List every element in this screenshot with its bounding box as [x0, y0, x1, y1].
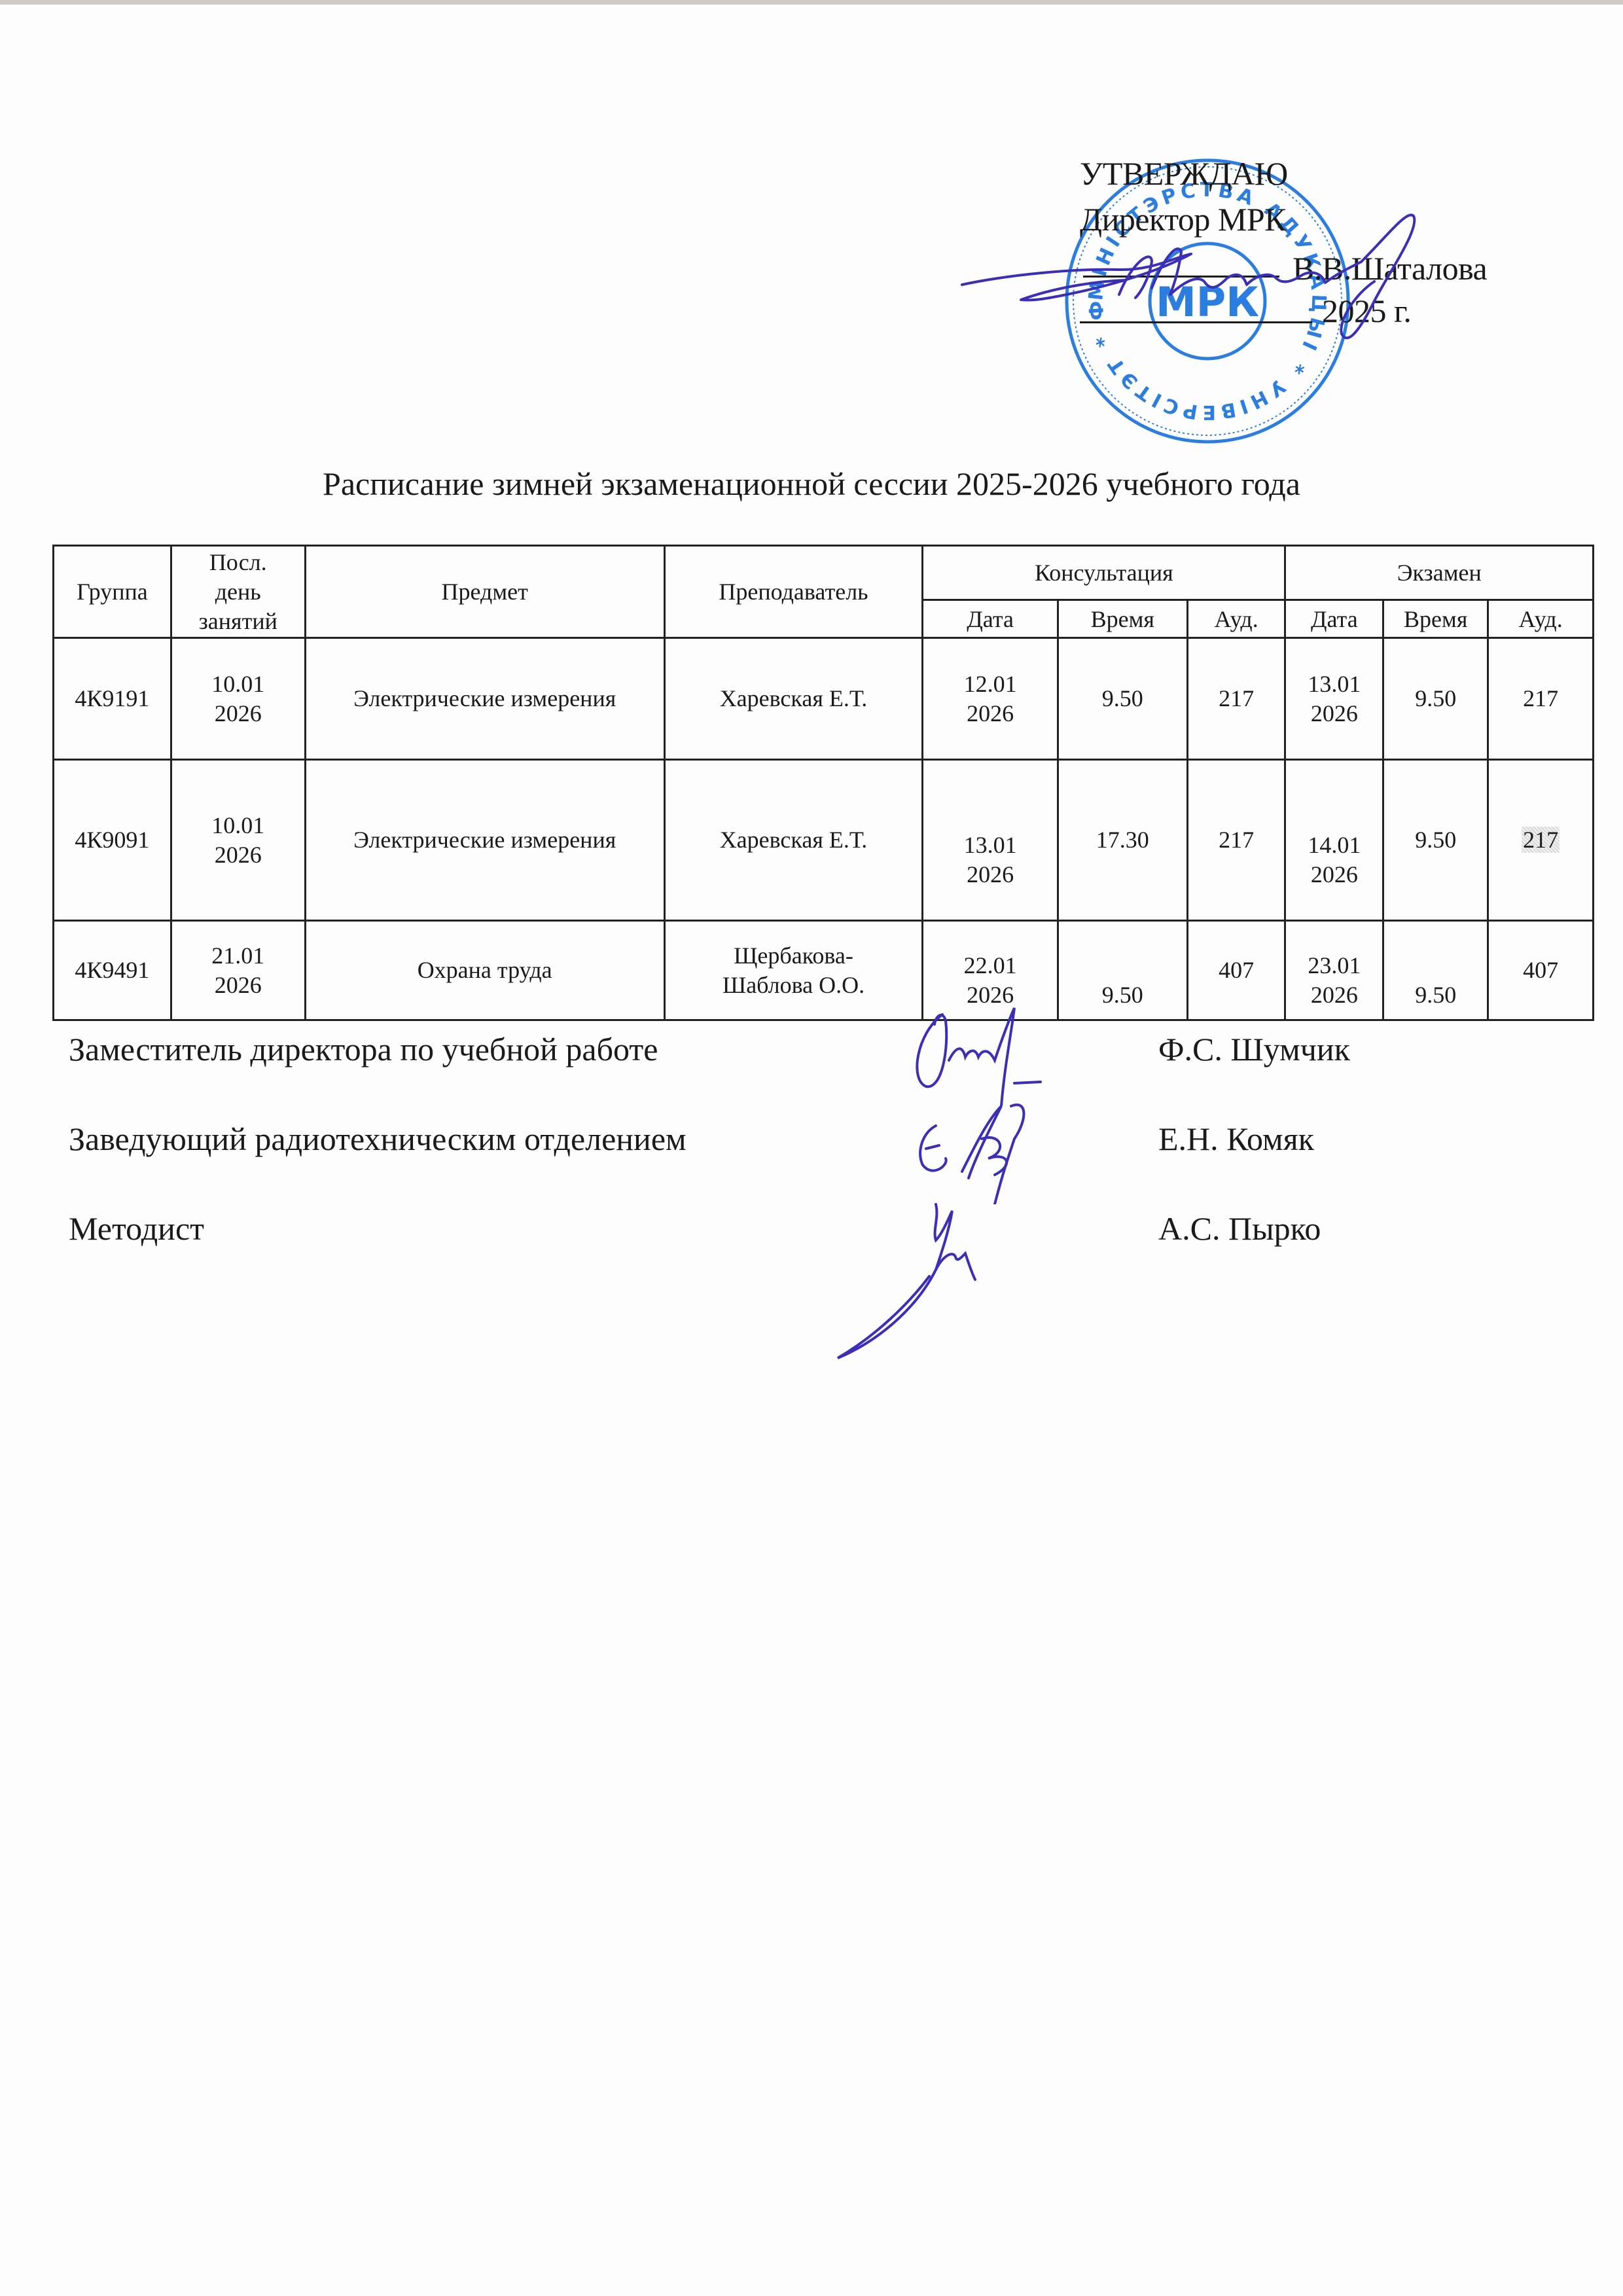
header-exam-time: Время: [1383, 600, 1488, 638]
cell-exam-time: 9.50: [1383, 760, 1488, 921]
signatory-position: Заведующий радиотехническим отделением: [69, 1122, 687, 1155]
signatory-position: Методист: [69, 1212, 204, 1245]
cell-teacher: Харевская Е.Т.: [664, 638, 923, 760]
cell-teacher: Щербакова-Шаблова О.О.: [664, 921, 923, 1020]
cell-exam-date: 23.012026: [1285, 921, 1383, 1020]
header-consultation: Консультация: [923, 546, 1285, 600]
exam-schedule-table: Группа Посл. день занятий Предмет Препод…: [52, 545, 1594, 1021]
header-group: Группа: [54, 546, 171, 638]
cell-subject: Электрические измерения: [305, 760, 664, 921]
scan-edge: [0, 0, 1623, 5]
table-row: 4К9191 10.012026 Электрические измерения…: [54, 638, 1594, 760]
signatory-name: Е.Н. Комяк: [1158, 1122, 1314, 1155]
cell-consultation-date: 13.012026: [923, 760, 1058, 921]
cell-subject: Охрана труда: [305, 921, 664, 1020]
header-last-day: Посл. день занятий: [171, 546, 305, 638]
document-title: Расписание зимней экзаменационной сессии…: [0, 465, 1623, 503]
header-last-day-line: занятий: [176, 607, 300, 636]
header-last-day-line: Посл.: [176, 548, 300, 577]
header-last-day-line: день: [176, 577, 300, 607]
signatory-position: Заместитель директора по учебной работе: [69, 1033, 658, 1066]
header-consultation-date: Дата: [923, 600, 1058, 638]
highlighted-room: 217: [1522, 827, 1560, 853]
header-consultation-time: Время: [1058, 600, 1187, 638]
deputy-signature-icon: [897, 995, 1132, 1106]
cell-consultation-room: 407: [1187, 921, 1285, 1020]
cell-exam-room: 217: [1488, 638, 1594, 760]
table-row: 4К9091 10.012026 Электрические измерения…: [54, 760, 1594, 921]
header-teacher: Преподаватель: [664, 546, 923, 638]
header-exam-room: Ауд.: [1488, 600, 1594, 638]
table-row: 4К9491 21.012026 Охрана труда Щербакова-…: [54, 921, 1594, 1020]
head-of-department-signature-icon: [897, 1093, 1132, 1204]
director-signature-icon: [955, 196, 1427, 367]
cell-consultation-room: 217: [1187, 760, 1285, 921]
cell-subject: Электрические измерения: [305, 638, 664, 760]
header-exam: Экзамен: [1285, 546, 1594, 600]
signatory-name: Ф.С. Шумчик: [1158, 1033, 1350, 1066]
methodist-signature-icon: [785, 1191, 1034, 1361]
cell-last-day: 21.012026: [171, 921, 305, 1020]
cell-consultation-time: 17.30: [1058, 760, 1187, 921]
cell-exam-time: 9.50: [1383, 638, 1488, 760]
cell-consultation-date: 12.012026: [923, 638, 1058, 760]
cell-exam-date: 14.012026: [1285, 760, 1383, 921]
cell-exam-date: 13.012026: [1285, 638, 1383, 760]
header-exam-date: Дата: [1285, 600, 1383, 638]
cell-last-day: 10.012026: [171, 638, 305, 760]
cell-exam-room: 407: [1488, 921, 1594, 1020]
approval-title: УТВЕРЖДАЮ: [1080, 157, 1288, 190]
cell-exam-room: 217: [1488, 760, 1594, 921]
cell-group: 4К9091: [54, 760, 171, 921]
signatory-name: А.С. Пырко: [1158, 1212, 1321, 1245]
cell-last-day: 10.012026: [171, 760, 305, 921]
cell-consultation-time: 9.50: [1058, 638, 1187, 760]
cell-group: 4К9191: [54, 638, 171, 760]
header-consultation-room: Ауд.: [1187, 600, 1285, 638]
cell-consultation-room: 217: [1187, 638, 1285, 760]
cell-exam-time: 9.50: [1383, 921, 1488, 1020]
cell-group: 4К9491: [54, 921, 171, 1020]
cell-teacher: Харевская Е.Т.: [664, 760, 923, 921]
header-subject: Предмет: [305, 546, 664, 638]
